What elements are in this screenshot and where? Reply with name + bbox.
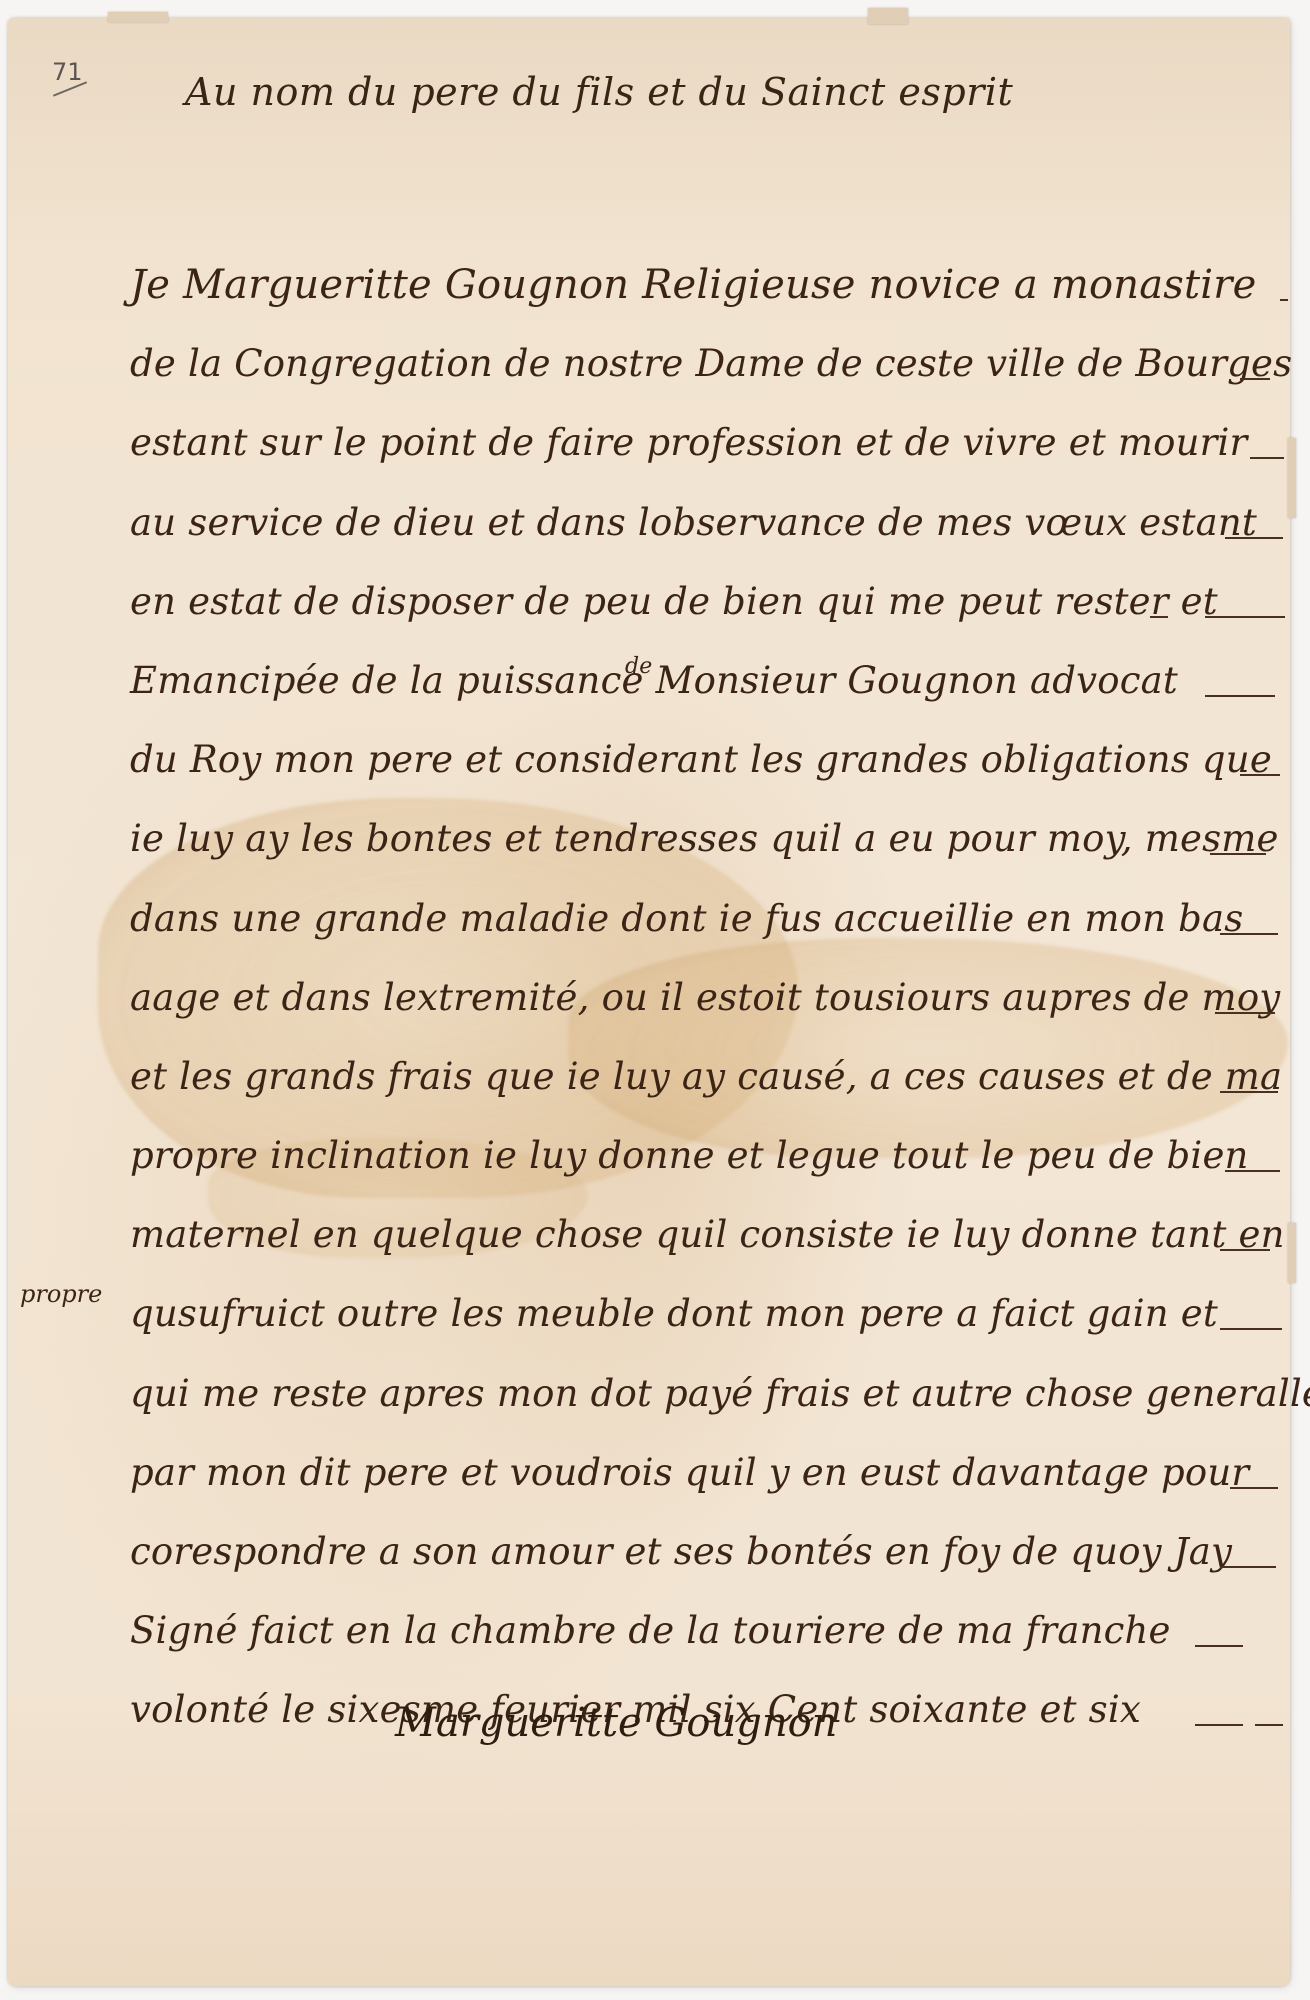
- line-filler-dash: [1210, 853, 1266, 855]
- line-filler-dash: [1220, 933, 1278, 935]
- line-filler-dash: [1220, 1091, 1278, 1093]
- text-line: du Roy mon pere et considerant les grand…: [130, 730, 1250, 809]
- line-filler-dash: [1220, 1328, 1282, 1330]
- line-filler-dash: [1280, 299, 1288, 301]
- text-line: Emancipée de la puissance Monsieur Gougn…: [130, 651, 1250, 730]
- line-filler-dash: [1220, 1249, 1270, 1251]
- margin-note: propre: [20, 1280, 102, 1308]
- paper-tab-top-left: [108, 12, 168, 22]
- invocation-heading: Au nom du pere du fils et du Sainct espr…: [185, 70, 1013, 114]
- line-filler-dash: [1205, 695, 1275, 697]
- text-line: estant sur le point de faire profession …: [130, 413, 1250, 492]
- line-filler-dash: [1240, 378, 1270, 380]
- paper-tab-right-2: [1288, 1223, 1296, 1283]
- line-filler-dash: [1225, 1170, 1280, 1172]
- line-filler-dash: [1225, 537, 1283, 539]
- text-line: Signé faict en la chambre de la touriere…: [130, 1601, 1250, 1680]
- paper-tab-top-right: [868, 8, 908, 24]
- line-filler-dash: [1205, 616, 1285, 618]
- text-line: au service de dieu et dans lobservance d…: [130, 493, 1250, 572]
- text-line: maternel en quelque chose quil consiste …: [130, 1205, 1250, 1284]
- text-line: par mon dit pere et voudrois quil y en e…: [130, 1443, 1250, 1522]
- text-line: qui me reste apres mon dot payé frais et…: [130, 1364, 1250, 1443]
- text-line: ie luy ay les bontes et tendresses quil …: [130, 809, 1250, 888]
- text-line: en estat de disposer de peu de bien qui …: [130, 572, 1250, 651]
- text-line: qusufruict outre les meuble dont mon per…: [130, 1284, 1250, 1363]
- text-line: propre inclination ie luy donne et legue…: [130, 1126, 1250, 1205]
- line-filler-dash: [1250, 457, 1284, 459]
- text-line: et les grands frais que ie luy ay causé,…: [130, 1047, 1250, 1126]
- text-line: Je Margueritte Gougnon Religieuse novice…: [130, 255, 1250, 334]
- text-line: aage et dans lextremité, ou il estoit to…: [130, 968, 1250, 1047]
- text-line: de la Congregation de nostre Dame de ces…: [130, 334, 1250, 413]
- line-filler-dash: [1215, 1012, 1275, 1014]
- line-filler-dash: [1195, 1724, 1243, 1726]
- line-filler-dash: [1195, 1645, 1243, 1647]
- line-filler-dash: [1230, 1487, 1278, 1489]
- paper-tab-right-1: [1288, 438, 1296, 518]
- signature: Margueritte Gougnon: [395, 1700, 837, 1746]
- interlinear-insertion: de: [625, 637, 653, 697]
- text-line: corespondre a son amour et ses bontés en…: [130, 1522, 1250, 1601]
- text-line: dans une grande maladie dont ie fus accu…: [130, 889, 1250, 968]
- folio-number: 71: [52, 58, 83, 86]
- line-filler-dash: [1220, 1566, 1276, 1568]
- will-body: Je Margueritte Gougnon Religieuse novice…: [130, 255, 1250, 1760]
- line-filler-dash: [1150, 616, 1168, 618]
- line-filler-dash: [1255, 1724, 1283, 1726]
- line-filler-dash: [1240, 774, 1280, 776]
